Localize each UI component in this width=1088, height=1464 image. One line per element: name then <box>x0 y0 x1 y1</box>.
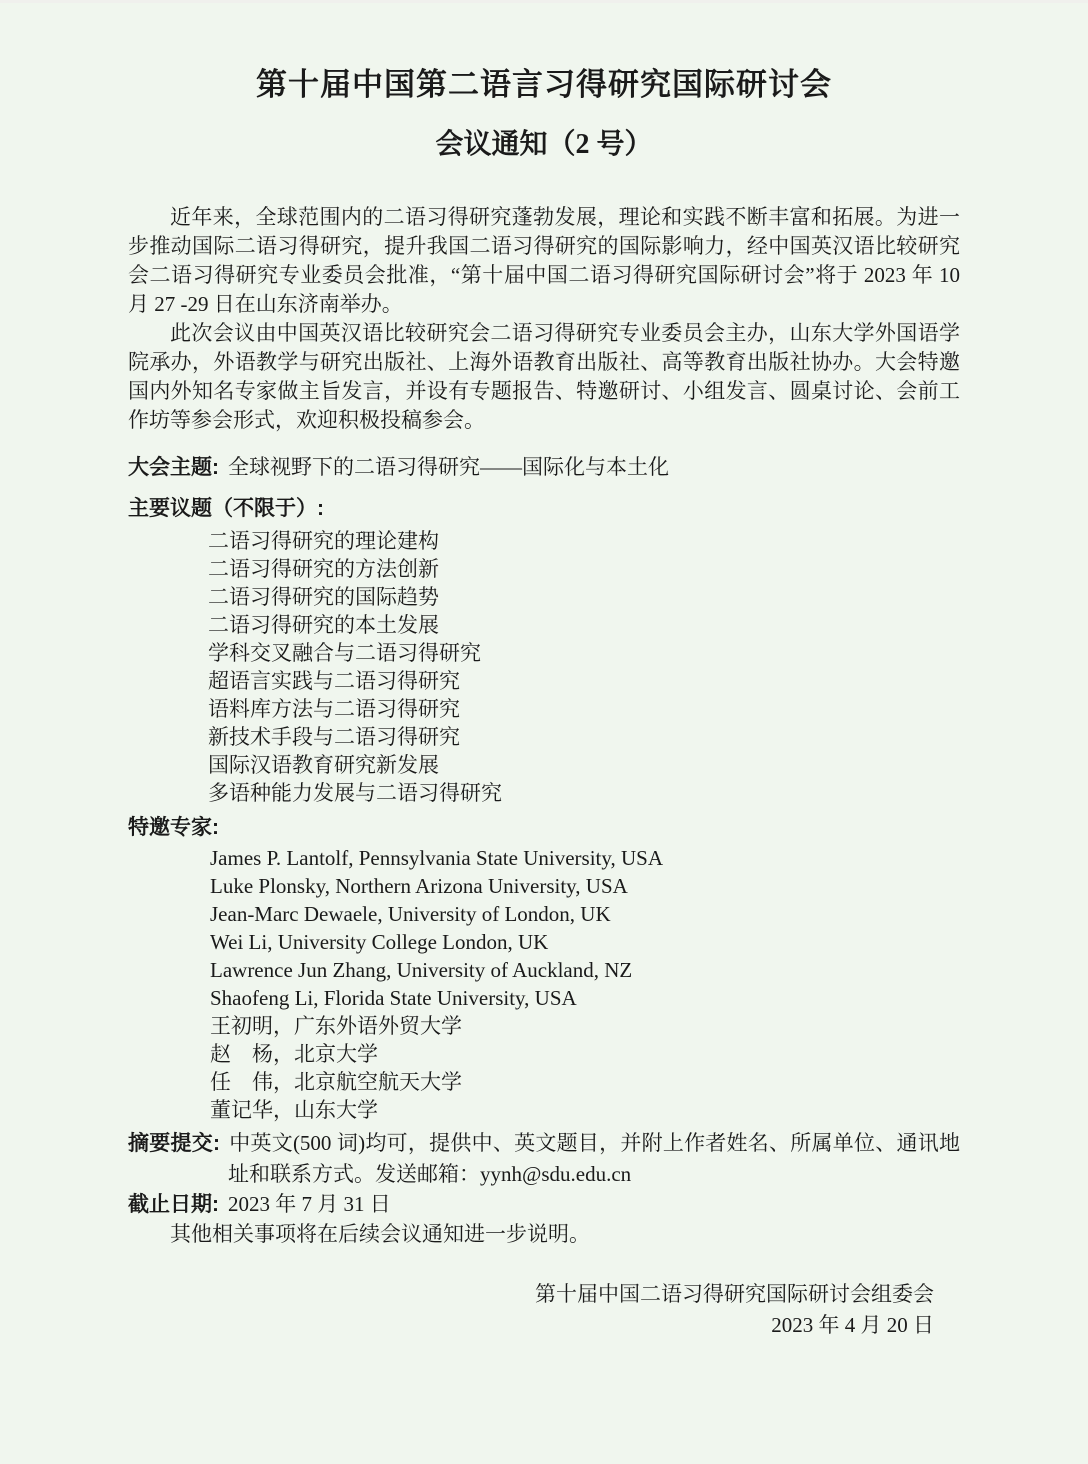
topic-item: 二语习得研究的方法创新 <box>208 555 960 583</box>
document-page: 第十届中国第二语言习得研究国际研讨会 会议通知（2 号） 近年来，全球范围内的二… <box>0 0 1088 1464</box>
topic-item: 语料库方法与二语习得研究 <box>208 695 960 723</box>
expert-item: 赵 杨，北京大学 <box>210 1040 960 1068</box>
expert-item: Jean-Marc Dewaele, University of London,… <box>210 900 960 928</box>
deadline-line: 截止日期:2023 年 7 月 31 日 <box>128 1189 960 1220</box>
experts-list: James P. Lantolf, Pennsylvania State Uni… <box>128 844 960 1124</box>
expert-item: 任 伟，北京航空航天大学 <box>210 1068 960 1096</box>
signature-date: 2023 年 4 月 20 日 <box>128 1310 934 1341</box>
expert-item: 董记华，山东大学 <box>210 1096 960 1124</box>
topic-item: 新技术手段与二语习得研究 <box>208 723 960 751</box>
intro-paragraph-1: 近年来，全球范围内的二语习得研究蓬勃发展，理论和实践不断丰富和拓展。为进一步推动… <box>128 203 960 319</box>
expert-item: Lawrence Jun Zhang, University of Auckla… <box>210 956 960 984</box>
topic-item: 超语言实践与二语习得研究 <box>208 667 960 695</box>
intro-section: 近年来，全球范围内的二语习得研究蓬勃发展，理论和实践不断丰富和拓展。为进一步推动… <box>128 203 960 435</box>
topic-item: 国际汉语教育研究新发展 <box>208 751 960 779</box>
theme-text: 全球视野下的二语习得研究——国际化与本土化 <box>228 455 669 479</box>
contact-email: yynh@sdu.edu.cn <box>480 1162 631 1186</box>
expert-item: Luke Plonsky, Northern Arizona Universit… <box>210 872 960 900</box>
topics-list: 二语习得研究的理论建构 二语习得研究的方法创新 二语习得研究的国际趋势 二语习得… <box>128 527 960 807</box>
topic-item: 二语习得研究的本土发展 <box>208 611 960 639</box>
topic-item: 多语种能力发展与二语习得研究 <box>208 779 960 807</box>
theme-label: 大会主题: <box>128 456 219 479</box>
experts-heading: 特邀专家: <box>128 813 960 842</box>
topic-item: 二语习得研究的理论建构 <box>208 527 960 555</box>
topic-item: 学科交叉融合与二语习得研究 <box>208 639 960 667</box>
expert-item: James P. Lantolf, Pennsylvania State Uni… <box>210 844 960 872</box>
deadline-label: 截止日期: <box>128 1193 219 1216</box>
abstract-label: 摘要提交: <box>128 1132 220 1155</box>
topic-item: 二语习得研究的国际趋势 <box>208 583 960 611</box>
followup-note: 其他相关事项将在后续会议通知进一步说明。 <box>128 1220 960 1249</box>
deadline-value: 2023 年 7 月 31 日 <box>228 1192 391 1216</box>
expert-item: Wei Li, University College London, UK <box>210 928 960 956</box>
theme-line: 大会主题:全球视野下的二语习得研究——国际化与本土化 <box>128 453 960 482</box>
signature-block: 第十届中国二语习得研究国际研讨会组委会 2023 年 4 月 20 日 <box>128 1279 960 1341</box>
expert-item: 王初明，广东外语外贸大学 <box>210 1012 960 1040</box>
abstract-submission-line: 摘要提交:中英文(500 词)均可，提供中、英文题目，并附上作者姓名、所属单位、… <box>128 1128 960 1189</box>
doc-subtitle: 会议通知（2 号） <box>128 127 960 163</box>
intro-paragraph-2: 此次会议由中国英汉语比较研究会二语习得研究专业委员会主办，山东大学外国语学院承办… <box>128 319 960 435</box>
expert-item: Shaofeng Li, Florida State University, U… <box>210 984 960 1012</box>
topics-heading: 主要议题（不限于）: <box>128 494 960 523</box>
doc-title: 第十届中国第二语言习得研究国际研讨会 <box>128 65 960 105</box>
signature-committee: 第十届中国二语习得研究国际研讨会组委会 <box>128 1279 934 1310</box>
